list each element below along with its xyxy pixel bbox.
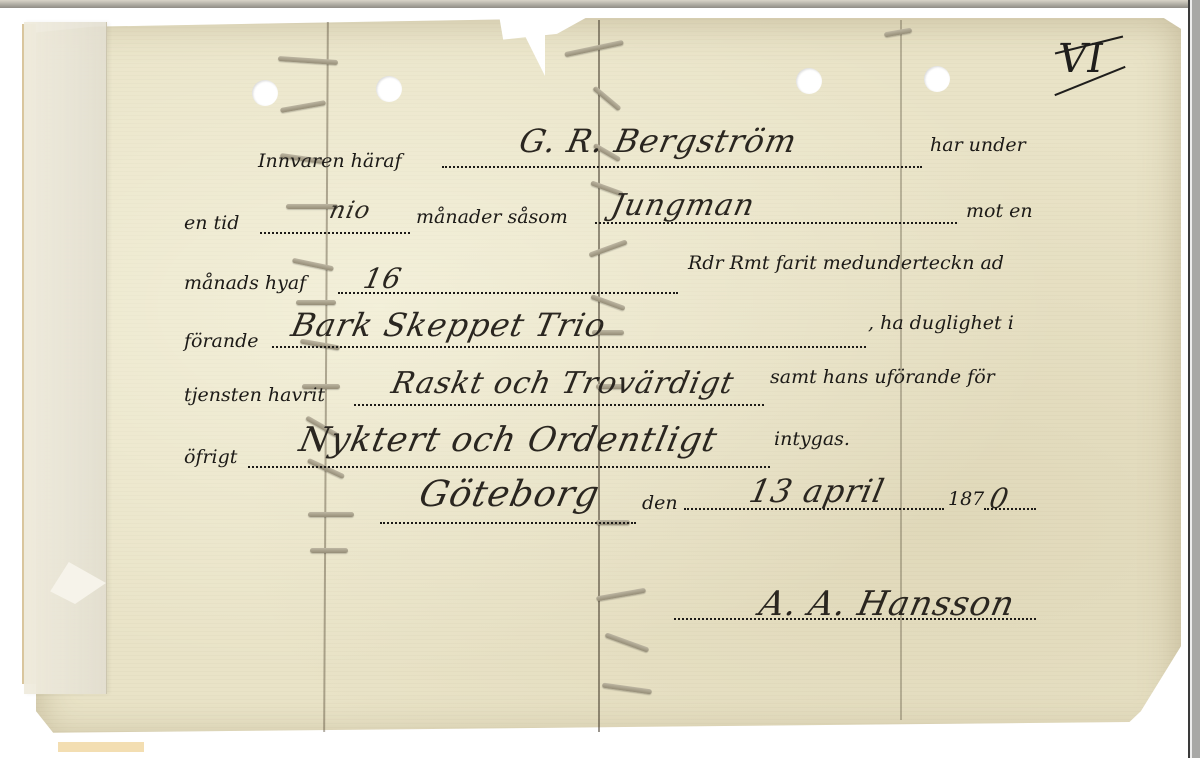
printed-text-forande: förande <box>184 330 259 352</box>
bottom-paper-strip <box>58 742 144 752</box>
handwritten-rank: Jungman <box>608 188 758 223</box>
handwritten-date: 13 april <box>746 472 888 510</box>
handwritten-service-conduct: Raskt och Trovärdigt <box>388 366 737 401</box>
printed-year-prefix: 187 <box>948 488 984 510</box>
handwritten-general-conduct: Nyktert och Ordentligt <box>296 420 722 460</box>
fill-line <box>260 232 410 234</box>
thread-stitch <box>308 512 354 517</box>
handwritten-duration: nio <box>327 196 374 224</box>
scanner-frame-top <box>0 0 1200 8</box>
punch-hole-icon <box>252 80 278 106</box>
printed-text-manads-hyaf: månads hyaf <box>184 272 306 294</box>
printed-text-en-tid: en tid <box>184 212 239 234</box>
printed-text-manader-sasom: månader såsom <box>416 206 568 228</box>
handwritten-signature: A. A. Hansson <box>756 584 1019 624</box>
handwritten-wage: 16 <box>360 262 405 295</box>
printed-text-samt-hans: samt hans uförande för <box>770 366 995 388</box>
fill-line <box>984 508 1036 510</box>
printed-text-innvaren: Innvaren häraf <box>258 150 402 172</box>
handwritten-place: Göteborg <box>416 474 604 515</box>
fill-line <box>272 346 866 348</box>
printed-text-intygas: intygas. <box>774 428 850 450</box>
handwritten-ship: Bark Skeppet Trio <box>288 306 610 344</box>
printed-text-ofrigt: öfrigt <box>184 446 237 468</box>
fill-line <box>248 466 770 468</box>
fill-line <box>442 166 922 168</box>
scanner-frame-right <box>1188 0 1200 758</box>
printed-text-rdr-rmt: Rdr Rmt farit medunderteckn ad <box>688 252 1004 274</box>
printed-text-har-under: har under <box>930 134 1026 156</box>
fill-line <box>380 522 636 524</box>
thread-stitch <box>296 300 336 305</box>
printed-text-tjensten: tjensten havrit <box>184 384 325 406</box>
handwritten-name: G. R. Bergström <box>516 122 801 160</box>
thread-stitch <box>310 548 348 553</box>
fill-line <box>354 404 764 406</box>
punch-hole-icon <box>924 66 950 92</box>
punch-hole-icon <box>796 68 822 94</box>
printed-text-den: den <box>642 492 678 514</box>
punch-hole-icon <box>376 76 402 102</box>
printed-text-duglighet: , ha duglighet i <box>868 312 1014 334</box>
printed-text-mot-en: mot en <box>966 200 1033 222</box>
